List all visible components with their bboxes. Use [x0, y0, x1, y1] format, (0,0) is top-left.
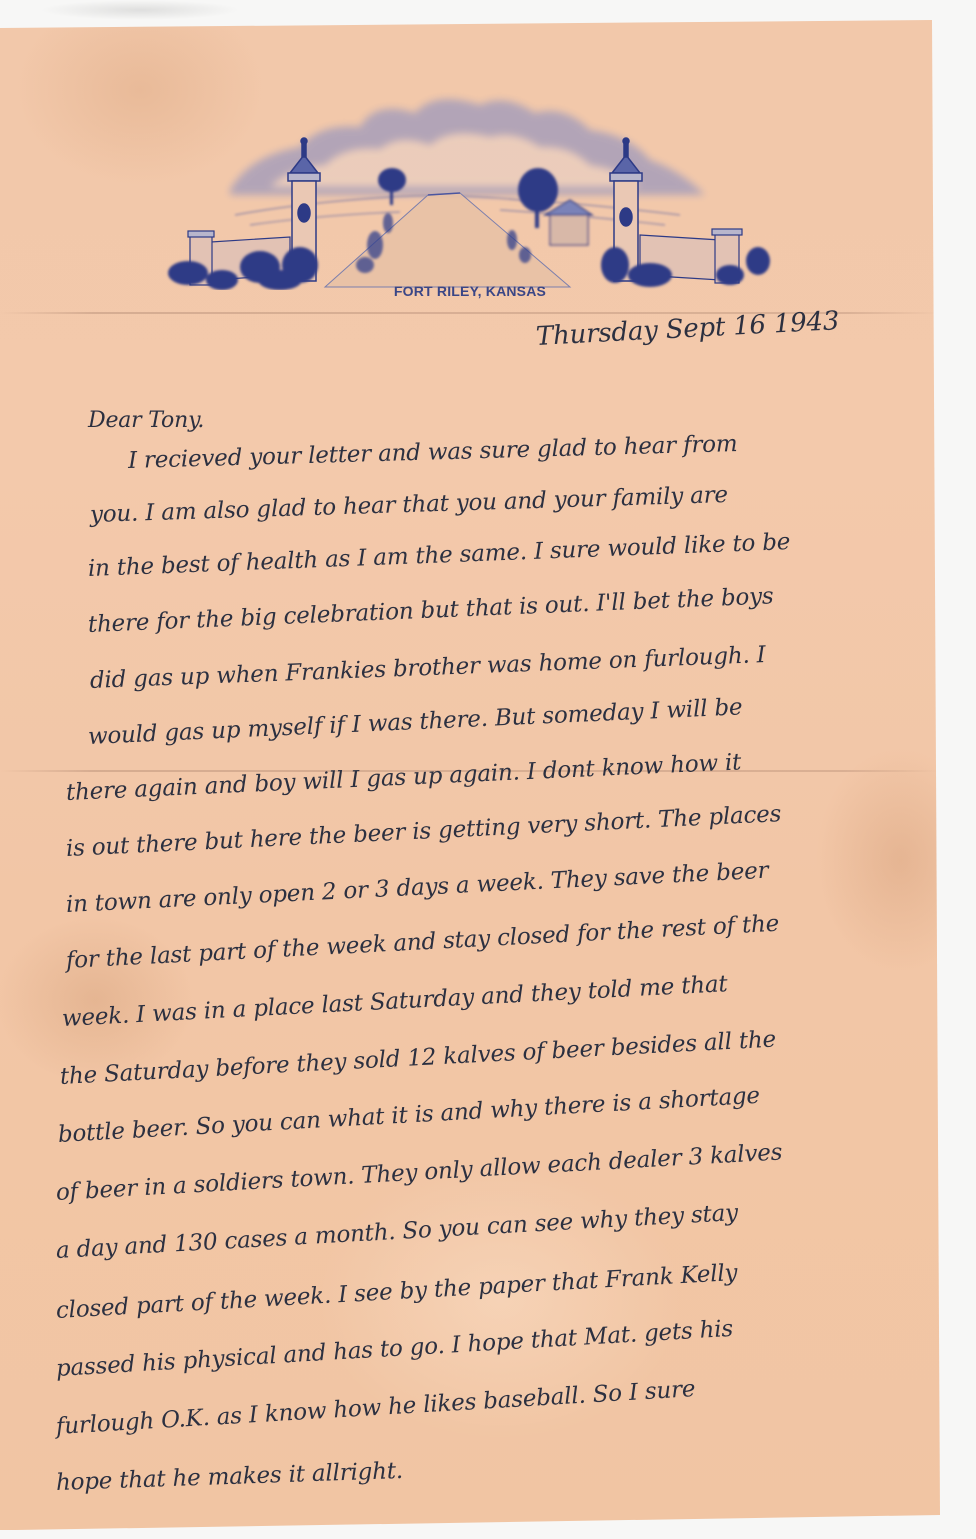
- salutation: Dear Tony.: [88, 408, 204, 433]
- letter-paper: FORT RILEY, KANSAS Thursday Sept 16 1943…: [0, 0, 976, 1539]
- letter-line: hope that he makes it allright.: [56, 1458, 404, 1496]
- scan-shadow: [40, 0, 240, 20]
- letter-line: bottle beer. So you can what it is and w…: [57, 1083, 760, 1148]
- letter-line: would gas up myself if I was there. But …: [87, 694, 743, 750]
- letter-line: closed part of the week. I see by the pa…: [55, 1260, 738, 1324]
- letter-line: in town are only open 2 or 3 days a week…: [65, 858, 769, 918]
- letter-line: there again and boy will I gas up again.…: [65, 749, 741, 806]
- letter-line: did gas up when Frankies brother was hom…: [90, 642, 767, 694]
- letter-line: the Saturday before they sold 12 kalves …: [59, 1027, 776, 1090]
- letter-line: passed his physical and has to go. I hop…: [55, 1316, 733, 1382]
- letter-line: there for the big celebration but that i…: [87, 583, 774, 638]
- letter-line: is out there but here the beer is gettin…: [65, 801, 781, 862]
- letter-line: week. I was in a place last Saturday and…: [61, 971, 728, 1032]
- letter-line: I recieved your letter and was sure glad…: [128, 431, 738, 474]
- letter-line: you. I am also glad to hear that you and…: [90, 482, 729, 528]
- letterhead-caption: FORT RILEY, KANSAS: [360, 283, 580, 299]
- letter-line: furlough O.K. as I know how he likes bas…: [55, 1376, 696, 1440]
- fort-gate-illustration: [160, 75, 780, 290]
- letter-line: a day and 130 cases a month. So you can …: [55, 1200, 738, 1264]
- letter-line: of beer in a soldiers town. They only al…: [55, 1139, 783, 1206]
- letter-line: in the best of health as I am the same. …: [88, 529, 791, 582]
- letter-line: for the last part of the week and stay c…: [65, 911, 779, 974]
